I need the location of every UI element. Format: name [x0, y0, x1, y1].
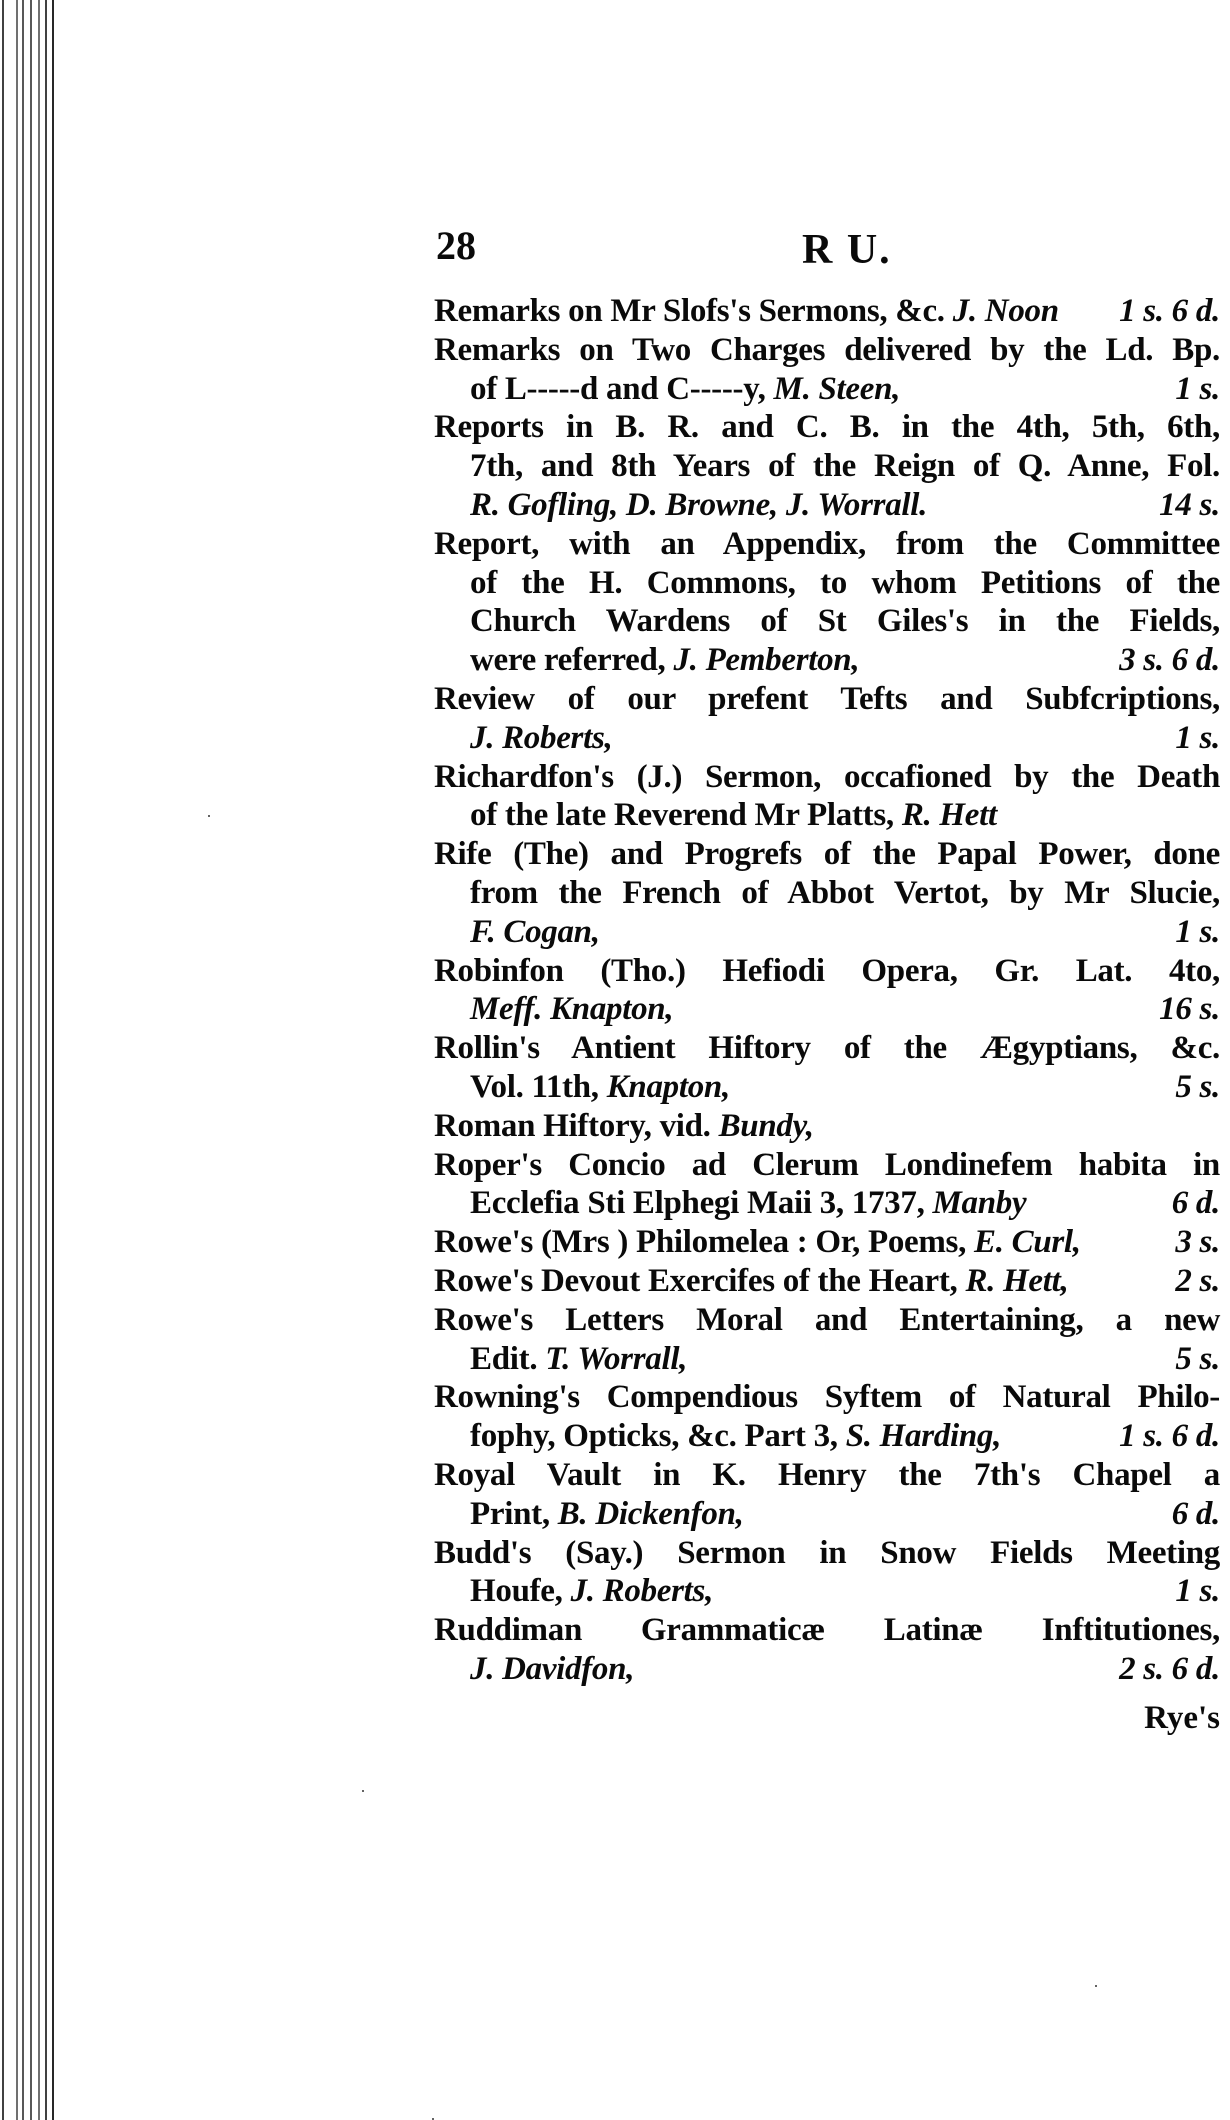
entry-line: Review of our prefent Tefts and Subfcrip… [434, 680, 1220, 719]
page-header: 28 R U. [436, 222, 1226, 272]
entry-line: J. Roberts,1 s. [434, 719, 1220, 758]
publisher: Manby [932, 1185, 1026, 1221]
entry-line: Ruddiman Grammaticæ Latinæ Inftitutiones… [434, 1611, 1220, 1650]
entry-line: Rowning's Compendious Syftem of Natural … [434, 1378, 1220, 1417]
entry-line: Roper's Concio ad Clerum Londinefem habi… [434, 1146, 1220, 1185]
entry-line: Houfe, J. Roberts,1 s. [434, 1572, 1220, 1611]
scan-speck [362, 1790, 364, 1792]
book-page: 28 R U. Remarks on Mr Slofs's Sermons, &… [0, 0, 1230, 2120]
price: 1 s. 6 d. [1119, 292, 1220, 331]
entry-line: Report, with an Appendix, from the Commi… [434, 525, 1220, 564]
publisher: T. Worrall, [545, 1341, 687, 1377]
entry-line: R. Gofling, D. Browne, J. Worrall.14 s. [434, 486, 1220, 525]
entry-line: from the French of Abbot Vertot, by Mr S… [434, 874, 1220, 913]
entry-line: fophy, Opticks, &c. Part 3, S. Harding,1… [434, 1417, 1220, 1456]
entry-line: Remarks on Two Charges delivered by the … [434, 331, 1220, 370]
entry-line: F. Cogan,1 s. [434, 913, 1220, 952]
catalogue-entries: Remarks on Mr Slofs's Sermons, &c. J. No… [434, 292, 1220, 1689]
entry-line: Meff. Knapton,16 s. [434, 990, 1220, 1029]
entry-line: J. Davidfon,2 s. 6 d. [434, 1650, 1220, 1689]
entry-line: Vol. 11th, Knapton,5 s. [434, 1068, 1220, 1107]
entry-line: of the late Reverend Mr Platts, R. Hett [434, 796, 1220, 835]
scan-speck [208, 815, 210, 817]
entry-line: Rollin's Antient Hiftory of the Ægyptian… [434, 1029, 1220, 1068]
entry-line: Reports in B. R. and C. B. in the 4th, 5… [434, 408, 1220, 447]
price: 6 d. [1172, 1184, 1220, 1223]
price: 16 s. [1159, 990, 1220, 1029]
entry-line: Edit. T. Worrall,5 s. [434, 1340, 1220, 1379]
price: 3 s. 6 d. [1119, 641, 1220, 680]
entry-line: Print, B. Dickenfon,6 d. [434, 1495, 1220, 1534]
publisher: J. Noon [953, 293, 1059, 329]
publisher: J. Roberts, [470, 720, 612, 756]
entry-line: Church Wardens of St Giles's in the Fiel… [434, 602, 1220, 641]
entry-line: Ecclefia Sti Elphegi Maii 3, 1737, Manby… [434, 1184, 1220, 1223]
publisher: F. Cogan, [470, 914, 600, 950]
publisher: R. Hett, [965, 1263, 1068, 1299]
scan-speck [1095, 1985, 1097, 1987]
entry-line: Roman Hiftory, vid. Bundy, [434, 1107, 1220, 1146]
entry-line: 7th, and 8th Years of the Reign of Q. An… [434, 447, 1220, 486]
entry-line: Rowe's (Mrs ) Philomelea : Or, Poems, E.… [434, 1223, 1220, 1262]
entry-line: were referred, J. Pemberton,3 s. 6 d. [434, 641, 1220, 680]
price: 3 s. [1175, 1223, 1220, 1262]
price: 1 s. [1175, 370, 1220, 409]
entry-line: Remarks on Mr Slofs's Sermons, &c. J. No… [434, 292, 1220, 331]
publisher: J. Pemberton, [673, 642, 859, 678]
price: 6 d. [1172, 1495, 1220, 1534]
price: 14 s. [1159, 486, 1220, 525]
entry-line: Rife (The) and Progrefs of the Papal Pow… [434, 835, 1220, 874]
publisher: R. Gofling, D. Browne, J. Worrall. [470, 487, 927, 523]
price: 2 s. [1175, 1262, 1220, 1301]
price: 1 s. 6 d. [1119, 1417, 1220, 1456]
publisher: J. Roberts, [571, 1573, 713, 1609]
price: 5 s. [1175, 1340, 1220, 1379]
entry-line: Rowe's Devout Exercifes of the Heart, R.… [434, 1262, 1220, 1301]
publisher: J. Davidfon, [470, 1651, 634, 1687]
page-number: 28 [436, 222, 476, 269]
entry-line: of the H. Commons, to whom Petitions of … [434, 564, 1220, 603]
publisher: Meff. Knapton, [470, 991, 673, 1027]
publisher: Bundy, [719, 1108, 814, 1144]
running-head: R U. [802, 226, 892, 274]
publisher: Knapton, [607, 1069, 730, 1105]
publisher: E. Curl, [974, 1224, 1081, 1260]
entry-line: Richardfon's (J.) Sermon, occafioned by … [434, 758, 1220, 797]
publisher: R. Hett [902, 797, 997, 833]
entry-line: Budd's (Say.) Sermon in Snow Fields Meet… [434, 1534, 1220, 1573]
publisher: M. Steen, [774, 371, 901, 407]
price: 2 s. 6 d. [1119, 1650, 1220, 1689]
entry-line: Royal Vault in K. Henry the 7th's Chapel… [434, 1456, 1220, 1495]
publisher: B. Dickenfon, [558, 1496, 744, 1532]
catchword: Rye's [1144, 1700, 1220, 1737]
entry-line: Robinfon (Tho.) Hefiodi Opera, Gr. Lat. … [434, 952, 1220, 991]
entry-line: Rowe's Letters Moral and Entertaining, a… [434, 1301, 1220, 1340]
price: 1 s. [1175, 719, 1220, 758]
price: 5 s. [1175, 1068, 1220, 1107]
publisher: S. Harding, [846, 1418, 1001, 1454]
price: 1 s. [1175, 1572, 1220, 1611]
entry-line: of L-----d and C-----y, M. Steen,1 s. [434, 370, 1220, 409]
price: 1 s. [1175, 913, 1220, 952]
